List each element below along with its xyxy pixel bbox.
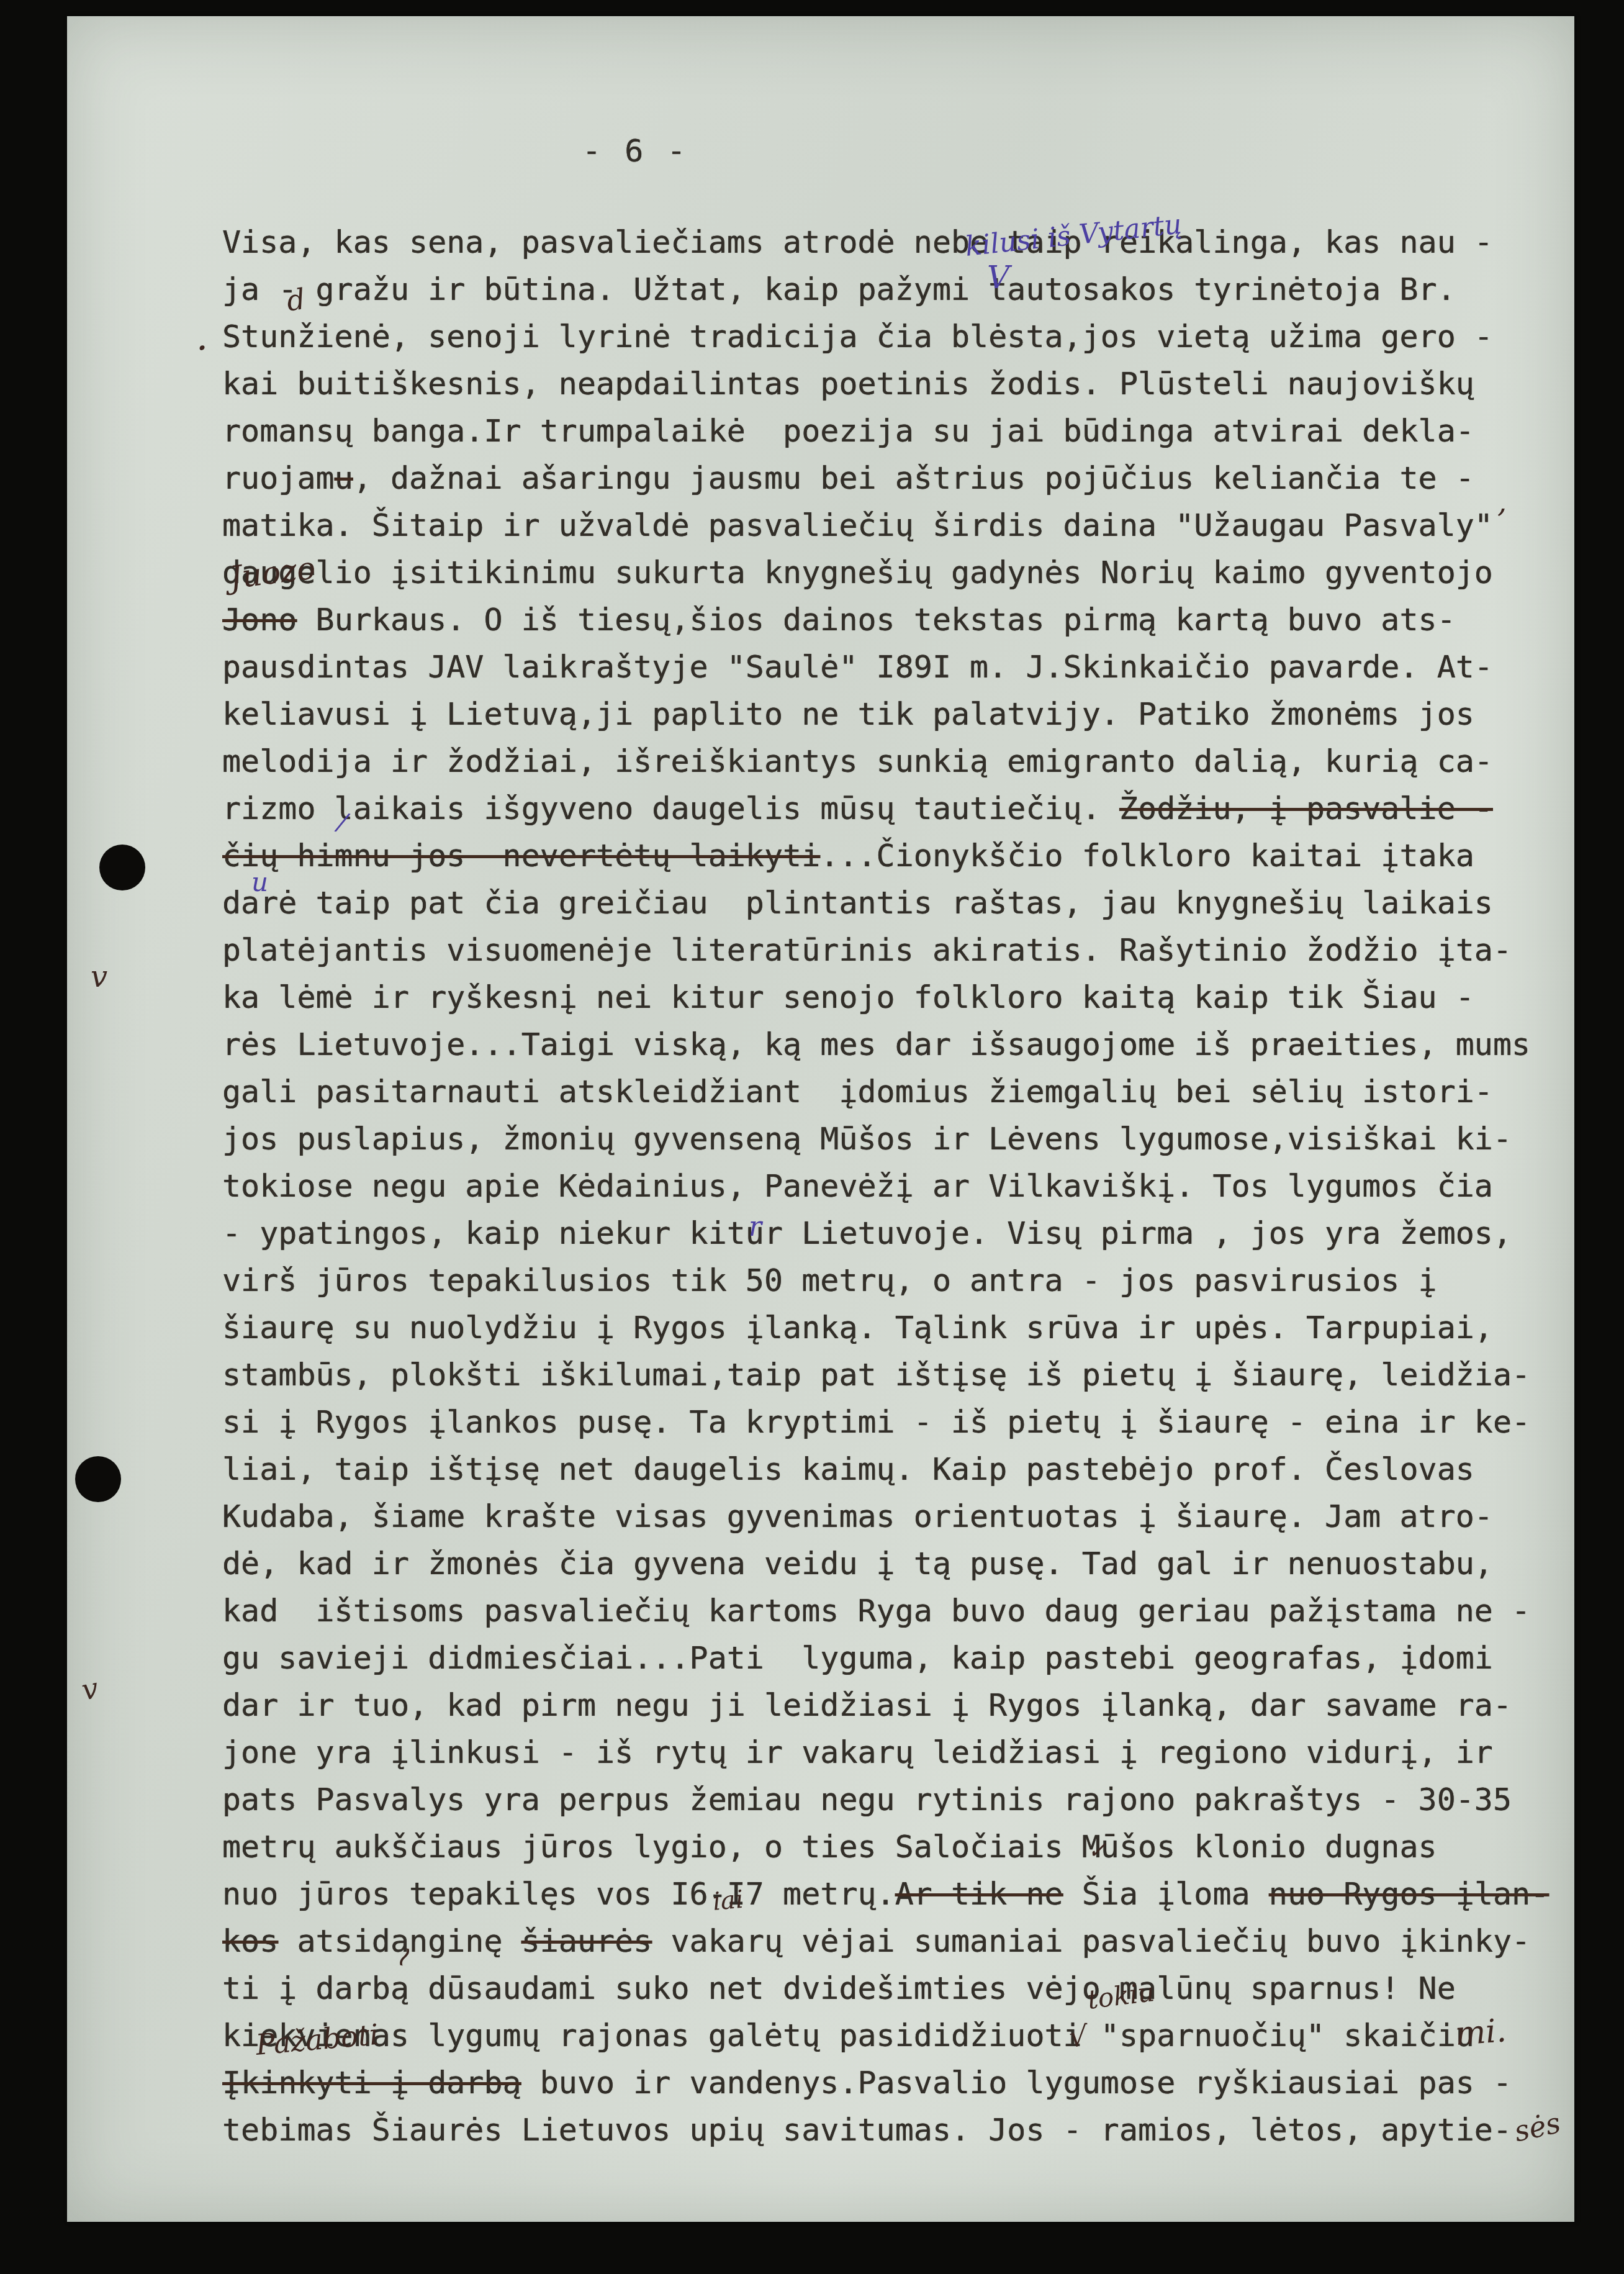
handwritten-insert-kilusi-is-vytartu: kilusi iš Vytartų: [963, 209, 1183, 263]
scanned-page-background: - 6 - Visa, kas sena, pasvaliečiams atro…: [0, 0, 1624, 2274]
margin-dot-mark: .: [196, 315, 208, 359]
handwritten-overwrite-r: r: [749, 1211, 762, 1243]
handwritten-insert-juozo: Juozo: [227, 550, 317, 596]
ink-dot: [99, 845, 145, 890]
handwritten-insert-iai: iai: [711, 1885, 744, 1916]
ink-dot: [75, 1456, 121, 1502]
check-above-sia: ✓: [1088, 1838, 1106, 1864]
handwritten-insert-d: d: [284, 282, 307, 318]
handwritten-append-mi: mi.: [1454, 2012, 1507, 2053]
squiggle-above-darba: ≀: [393, 1938, 412, 1973]
insertion-caret-sparnuociu: √: [1069, 2019, 1087, 2053]
handwritten-comma-after-pasvaly: ,: [1497, 484, 1507, 519]
annotation-layer: kilusi iš VytartųVd,Juozou/.vrv✓iai≀toki…: [0, 0, 1624, 2274]
insertion-caret-kilusi: V: [987, 260, 1009, 296]
handwritten-insert-pazaboti: Pažaboti: [255, 2018, 380, 2062]
margin-checkmark-1: v: [91, 959, 107, 994]
handwritten-insert-tokiu: tokiu: [1086, 1977, 1156, 2015]
insertion-tick-himnu: /: [335, 808, 350, 838]
handwritten-append-ses: sės: [1511, 2106, 1563, 2148]
margin-checkmark-2: v: [79, 1671, 101, 1707]
handwritten-insert-u: u: [251, 867, 268, 897]
